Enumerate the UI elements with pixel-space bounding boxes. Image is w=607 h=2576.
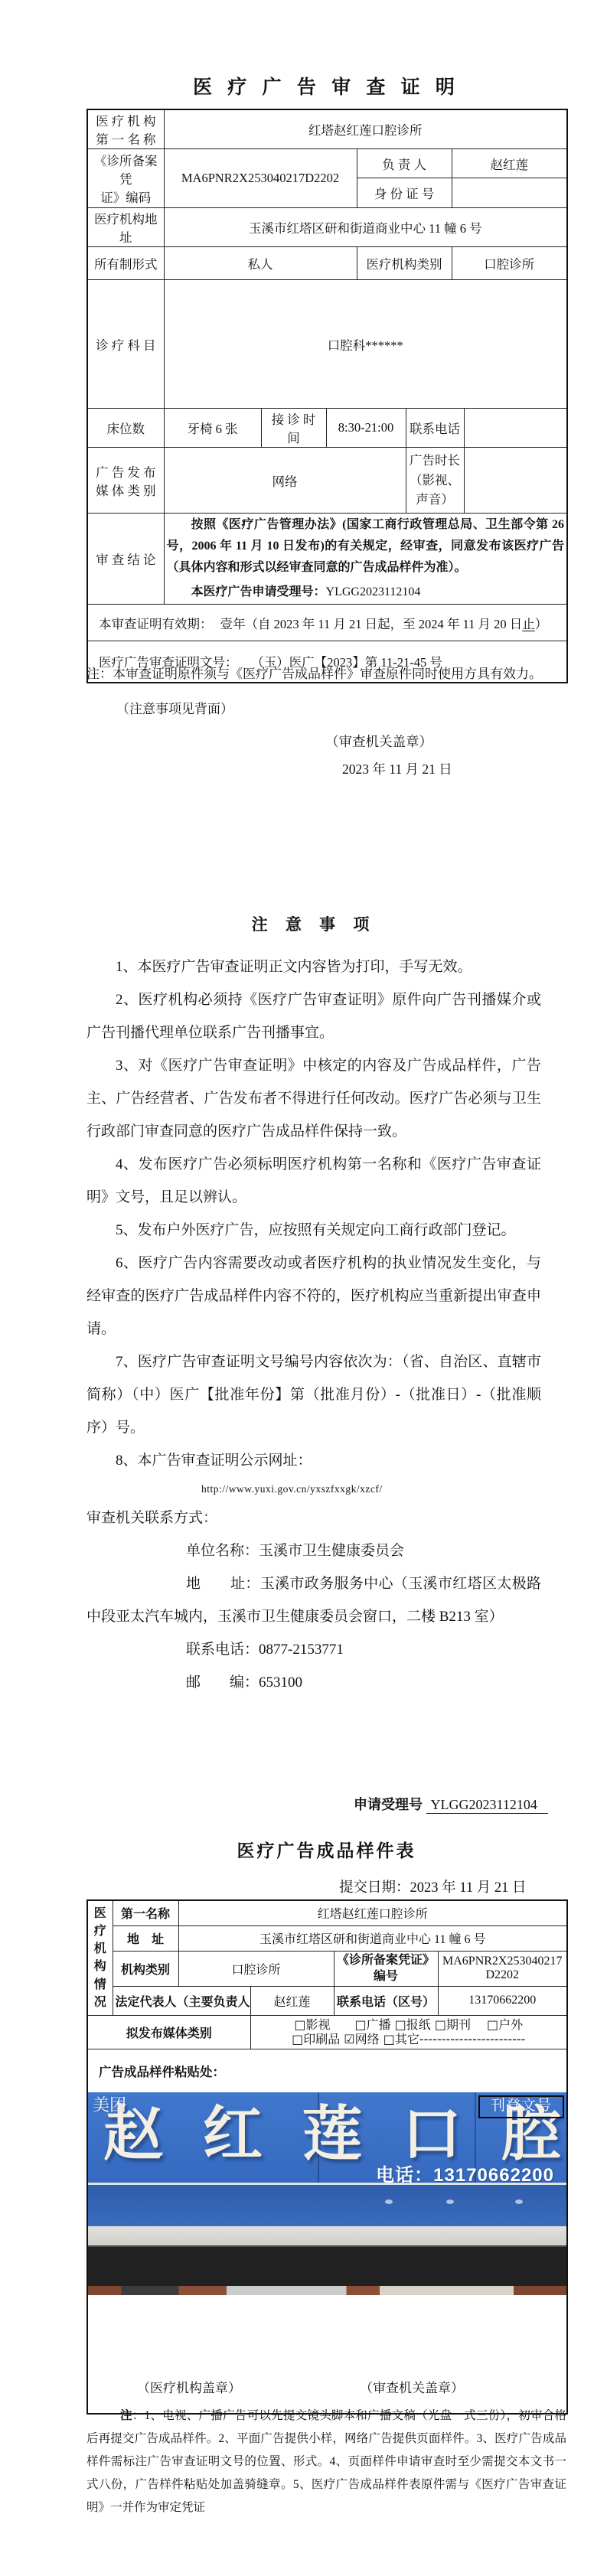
ownership-label: 所有制形式 — [87, 247, 164, 280]
contact-phone-value — [464, 409, 567, 448]
contact-address: 地 址：玉溪市政务服务中心（玉溪市红塔区太极路中段亚太汽车城内，玉溪市卫生健康委… — [86, 1567, 541, 1633]
authority-seal-placeholder: （审查机关盖章） — [360, 2377, 464, 2396]
paste-area-label: 广告成品样件粘贴处： — [99, 2062, 225, 2080]
beds-value: 牙椅 6 张 — [164, 409, 261, 448]
institution-seal-placeholder: （医疗机构盖章） — [137, 2377, 241, 2396]
departments-label: 诊 疗 科 目 — [87, 280, 164, 409]
table-row: 床位数 牙椅 6 张 接 诊 时 间 8:30-21:00 联系电话 — [87, 409, 567, 448]
notice-item: 2、医疗机构必须持《医疗广告审查证明》原件向广告刊播媒介或广告刊播代理单位联系广… — [86, 983, 541, 1049]
contact-header: 审查机关联系方式： — [86, 1502, 541, 1534]
ad-duration-label: 广告时长 （影视、 声音） — [406, 448, 464, 514]
hours-label: 接 诊 时 间 — [261, 409, 326, 448]
notice-section: 注 意 事 项 1、本医疗广告审查证明正文内容皆为打印，手写无效。 2、医疗机构… — [86, 912, 541, 1699]
conclusion-label: 审 查 结 论 — [87, 514, 164, 605]
responsible-person-value: 赵红莲 — [452, 149, 567, 178]
org-phone-value: 13170662200 — [438, 1986, 567, 2015]
table-row: 医疗机构地址 玉溪市红塔区研和街道商业中心 11 幢 6 号 — [87, 208, 567, 247]
table-row: 地 址 玉溪市红塔区研和街道商业中心 11 幢 6 号 — [87, 1925, 567, 1951]
legal-rep-value: 赵红莲 — [250, 1986, 334, 2015]
institution-name-label: 医 疗 机 构 第 一 名 称 — [87, 109, 164, 149]
hours-value: 8:30-21:00 — [326, 409, 406, 448]
downlight-dot — [385, 2199, 393, 2204]
responsible-person-label: 负 责 人 — [357, 149, 452, 178]
table-row: 审 查 结 论 按照《医疗广告管理办法》(国家工商行政管理总局、卫生部令第 26… — [87, 514, 567, 605]
certificate-title: 医 疗 广 告 审 查 证 明 — [86, 72, 566, 99]
table-row: 广 告 发 布 媒 体 类 别 网络 广告时长 （影视、 声音） — [87, 448, 567, 514]
sample-sheet-footnote: 注：1、电视、广播广告可以先提交镜头脚本和广播文稿（光盘一式三份），初审合格后再… — [86, 2405, 566, 2519]
black-awning — [88, 2245, 566, 2287]
org-category-value: 口腔诊所 — [178, 1951, 334, 1986]
sample-paste-cell: 广告成品样件粘贴处： 赵红莲口腔 电话：13170662200 美团 刊登文号 — [87, 2049, 567, 2414]
org-record-code-value: MA6PNR2X253040217D2202 — [438, 1951, 567, 1986]
table-row: 拟发布媒体类别 □影视 □广播 □报纸 □期刊 □户外 □印刷品 ☑网络 □其它… — [87, 2015, 567, 2049]
org-address-label: 地 址 — [113, 1925, 178, 1951]
sample-sheet-table: 医 疗 机 构 情 况 第一名称 红塔赵红莲口腔诊所 地 址 玉溪市红塔区研和街… — [86, 1899, 568, 2415]
table-row: 医 疗 机 构 第 一 名 称 红塔赵红莲口腔诊所 — [87, 109, 567, 149]
table-row: 机构类别 口腔诊所 《诊所备案凭证》 编号 MA6PNR2X253040217D… — [87, 1951, 567, 1986]
record-code-label: 《诊所备案凭 证》编码 — [87, 149, 164, 208]
media-checkbox-group: □影视 □广播 □报纸 □期刊 □户外 □印刷品 ☑网络 □其它--------… — [250, 2015, 567, 2049]
contact-phone-label: 联系电话 — [406, 409, 464, 448]
acceptance-number-line: 本医疗广告申请受理号：YLGG2023112104 — [167, 582, 565, 603]
downlight-dot — [446, 2199, 454, 2204]
conclusion-text: 按照《医疗广告管理办法》(国家工商行政管理总局、卫生部令第 26 号，2006 … — [167, 514, 565, 579]
id-number-value — [452, 178, 567, 208]
ad-sample-photo: 赵红莲口腔 电话：13170662200 美团 刊登文号 — [88, 2092, 566, 2295]
authority-seal-placeholder: （审查机关盖章） — [325, 732, 432, 751]
institution-address-value: 玉溪市红塔区研和街道商业中心 11 幢 6 号 — [164, 208, 567, 247]
departments-value: 口腔科****** — [164, 280, 567, 409]
submit-date: 提交日期：2023 年 11 月 21 日 — [339, 1877, 526, 1896]
shopfront-strip — [88, 2286, 566, 2295]
legal-rep-label: 法定代表人（主要负责人） — [113, 1986, 250, 2015]
storefront-sign: 赵红莲口腔 电话：13170662200 美团 刊登文号 — [88, 2092, 566, 2183]
media-type-label: 广 告 发 布 媒 体 类 别 — [87, 448, 164, 514]
media-options-line1: □影视 □广播 □报纸 □期刊 □户外 — [253, 2017, 565, 2032]
table-row: 本审查证明有效期：壹年（自 2023 年 11 月 21 日起，至 2024 年… — [87, 605, 567, 641]
validity-row: 本审查证明有效期：壹年（自 2023 年 11 月 21 日起，至 2024 年… — [87, 605, 567, 641]
table-row: 《诊所备案凭 证》编码 MA6PNR2X253040217D2202 负 责 人… — [87, 149, 567, 178]
contact-postcode: 邮 编：653100 — [86, 1666, 541, 1699]
issue-date: 2023 年 11 月 21 日 — [342, 759, 452, 778]
planned-media-label: 拟发布媒体类别 — [87, 2015, 250, 2049]
org-phone-label: 联系电话（区号） — [334, 1986, 438, 2015]
ownership-value: 私人 — [164, 247, 357, 280]
publication-number-box: 刊登文号 — [478, 2095, 564, 2118]
category-value: 口腔诊所 — [452, 247, 567, 280]
org-address-value: 玉溪市红塔区研和街道商业中心 11 幢 6 号 — [178, 1925, 567, 1951]
notice-title: 注 意 事 项 — [86, 912, 541, 935]
downlight-dot — [515, 2199, 523, 2204]
wall-strip — [88, 2226, 566, 2245]
beds-label: 床位数 — [87, 409, 164, 448]
sample-sheet-title: 医疗广告成品样件表 — [86, 1837, 566, 1862]
institution-address-label: 医疗机构地址 — [87, 208, 164, 247]
id-number-label: 身 份 证 号 — [357, 178, 452, 208]
contact-org-name: 单位名称：玉溪市卫生健康委员会 — [86, 1534, 541, 1567]
notice-item: 4、发布医疗广告必须标明医疗机构第一名称和《医疗广告审查证明》文号，且足以辨认。 — [86, 1148, 541, 1214]
media-type-value: 网络 — [164, 448, 406, 514]
see-back-note: （注意事项见背面） — [116, 698, 233, 717]
notice-item: 8、本广告审查证明公示网址： — [86, 1444, 541, 1477]
document-page: 医 疗 广 告 审 查 证 明 医 疗 机 构 第 一 名 称 红塔赵红莲口腔诊… — [0, 0, 607, 2576]
notice-item: 6、医疗广告内容需要改动或者医疗机构的执业情况发生变化，与经审查的医疗广告成品样… — [86, 1247, 541, 1345]
category-label: 医疗机构类别 — [357, 247, 452, 280]
media-options-line2: □印刷品 ☑网络 □其它------------------------ — [253, 2032, 565, 2046]
org-record-code-label: 《诊所备案凭证》 编号 — [334, 1951, 438, 1986]
org-side-header: 医 疗 机 构 情 况 — [87, 1900, 113, 2015]
conclusion-cell: 按照《医疗广告管理办法》(国家工商行政管理总局、卫生部令第 26 号，2006 … — [164, 514, 567, 605]
original-use-note: 注：本审查证明原件须与《医疗广告成品样件》审查原件同时使用方具有效力。 — [86, 663, 542, 682]
publicity-url: http://www.yuxi.gov.cn/yxszfxxgk/xzcf/ — [86, 1477, 541, 1502]
meituan-watermark: 美团 — [93, 2092, 126, 2116]
institution-name-value: 红塔赵红莲口腔诊所 — [164, 109, 567, 149]
table-row: 诊 疗 科 目 口腔科****** — [87, 280, 567, 409]
table-row: 广告成品样件粘贴处： 赵红莲口腔 电话：13170662200 美团 刊登文号 — [87, 2049, 567, 2414]
ad-duration-value — [464, 448, 567, 514]
table-row: 医 疗 机 构 情 况 第一名称 红塔赵红莲口腔诊所 — [87, 1900, 567, 1925]
certificate-table: 医 疗 机 构 第 一 名 称 红塔赵红莲口腔诊所 《诊所备案凭 证》编码 MA… — [86, 109, 568, 683]
table-row: 所有制形式 私人 医疗机构类别 口腔诊所 — [87, 247, 567, 280]
application-acceptance-number: 申请受理号 YLGG2023112104 — [354, 1794, 548, 1814]
sign-underside — [88, 2183, 566, 2226]
org-name-value: 红塔赵红莲口腔诊所 — [178, 1900, 567, 1925]
notice-item: 1、本医疗广告审查证明正文内容皆为打印，手写无效。 — [86, 951, 541, 983]
notice-item: 5、发布户外医疗广告，应按照有关规定向工商行政部门登记。 — [86, 1214, 541, 1247]
org-name-label: 第一名称 — [113, 1900, 178, 1925]
org-category-label: 机构类别 — [113, 1951, 178, 1986]
notice-item: 7、医疗广告审查证明文号编号内容依次为：（省、自治区、直辖市简称）（中）医广【批… — [86, 1345, 541, 1444]
contact-telephone: 联系电话：0877-2153771 — [86, 1633, 541, 1666]
table-row: 法定代表人（主要负责人） 赵红莲 联系电话（区号） 13170662200 — [87, 1986, 567, 2015]
notice-item: 3、对《医疗广告审查证明》中核定的内容及广告成品样件，广告主、广告经营者、广告发… — [86, 1049, 541, 1148]
record-code-value: MA6PNR2X253040217D2202 — [164, 149, 357, 208]
